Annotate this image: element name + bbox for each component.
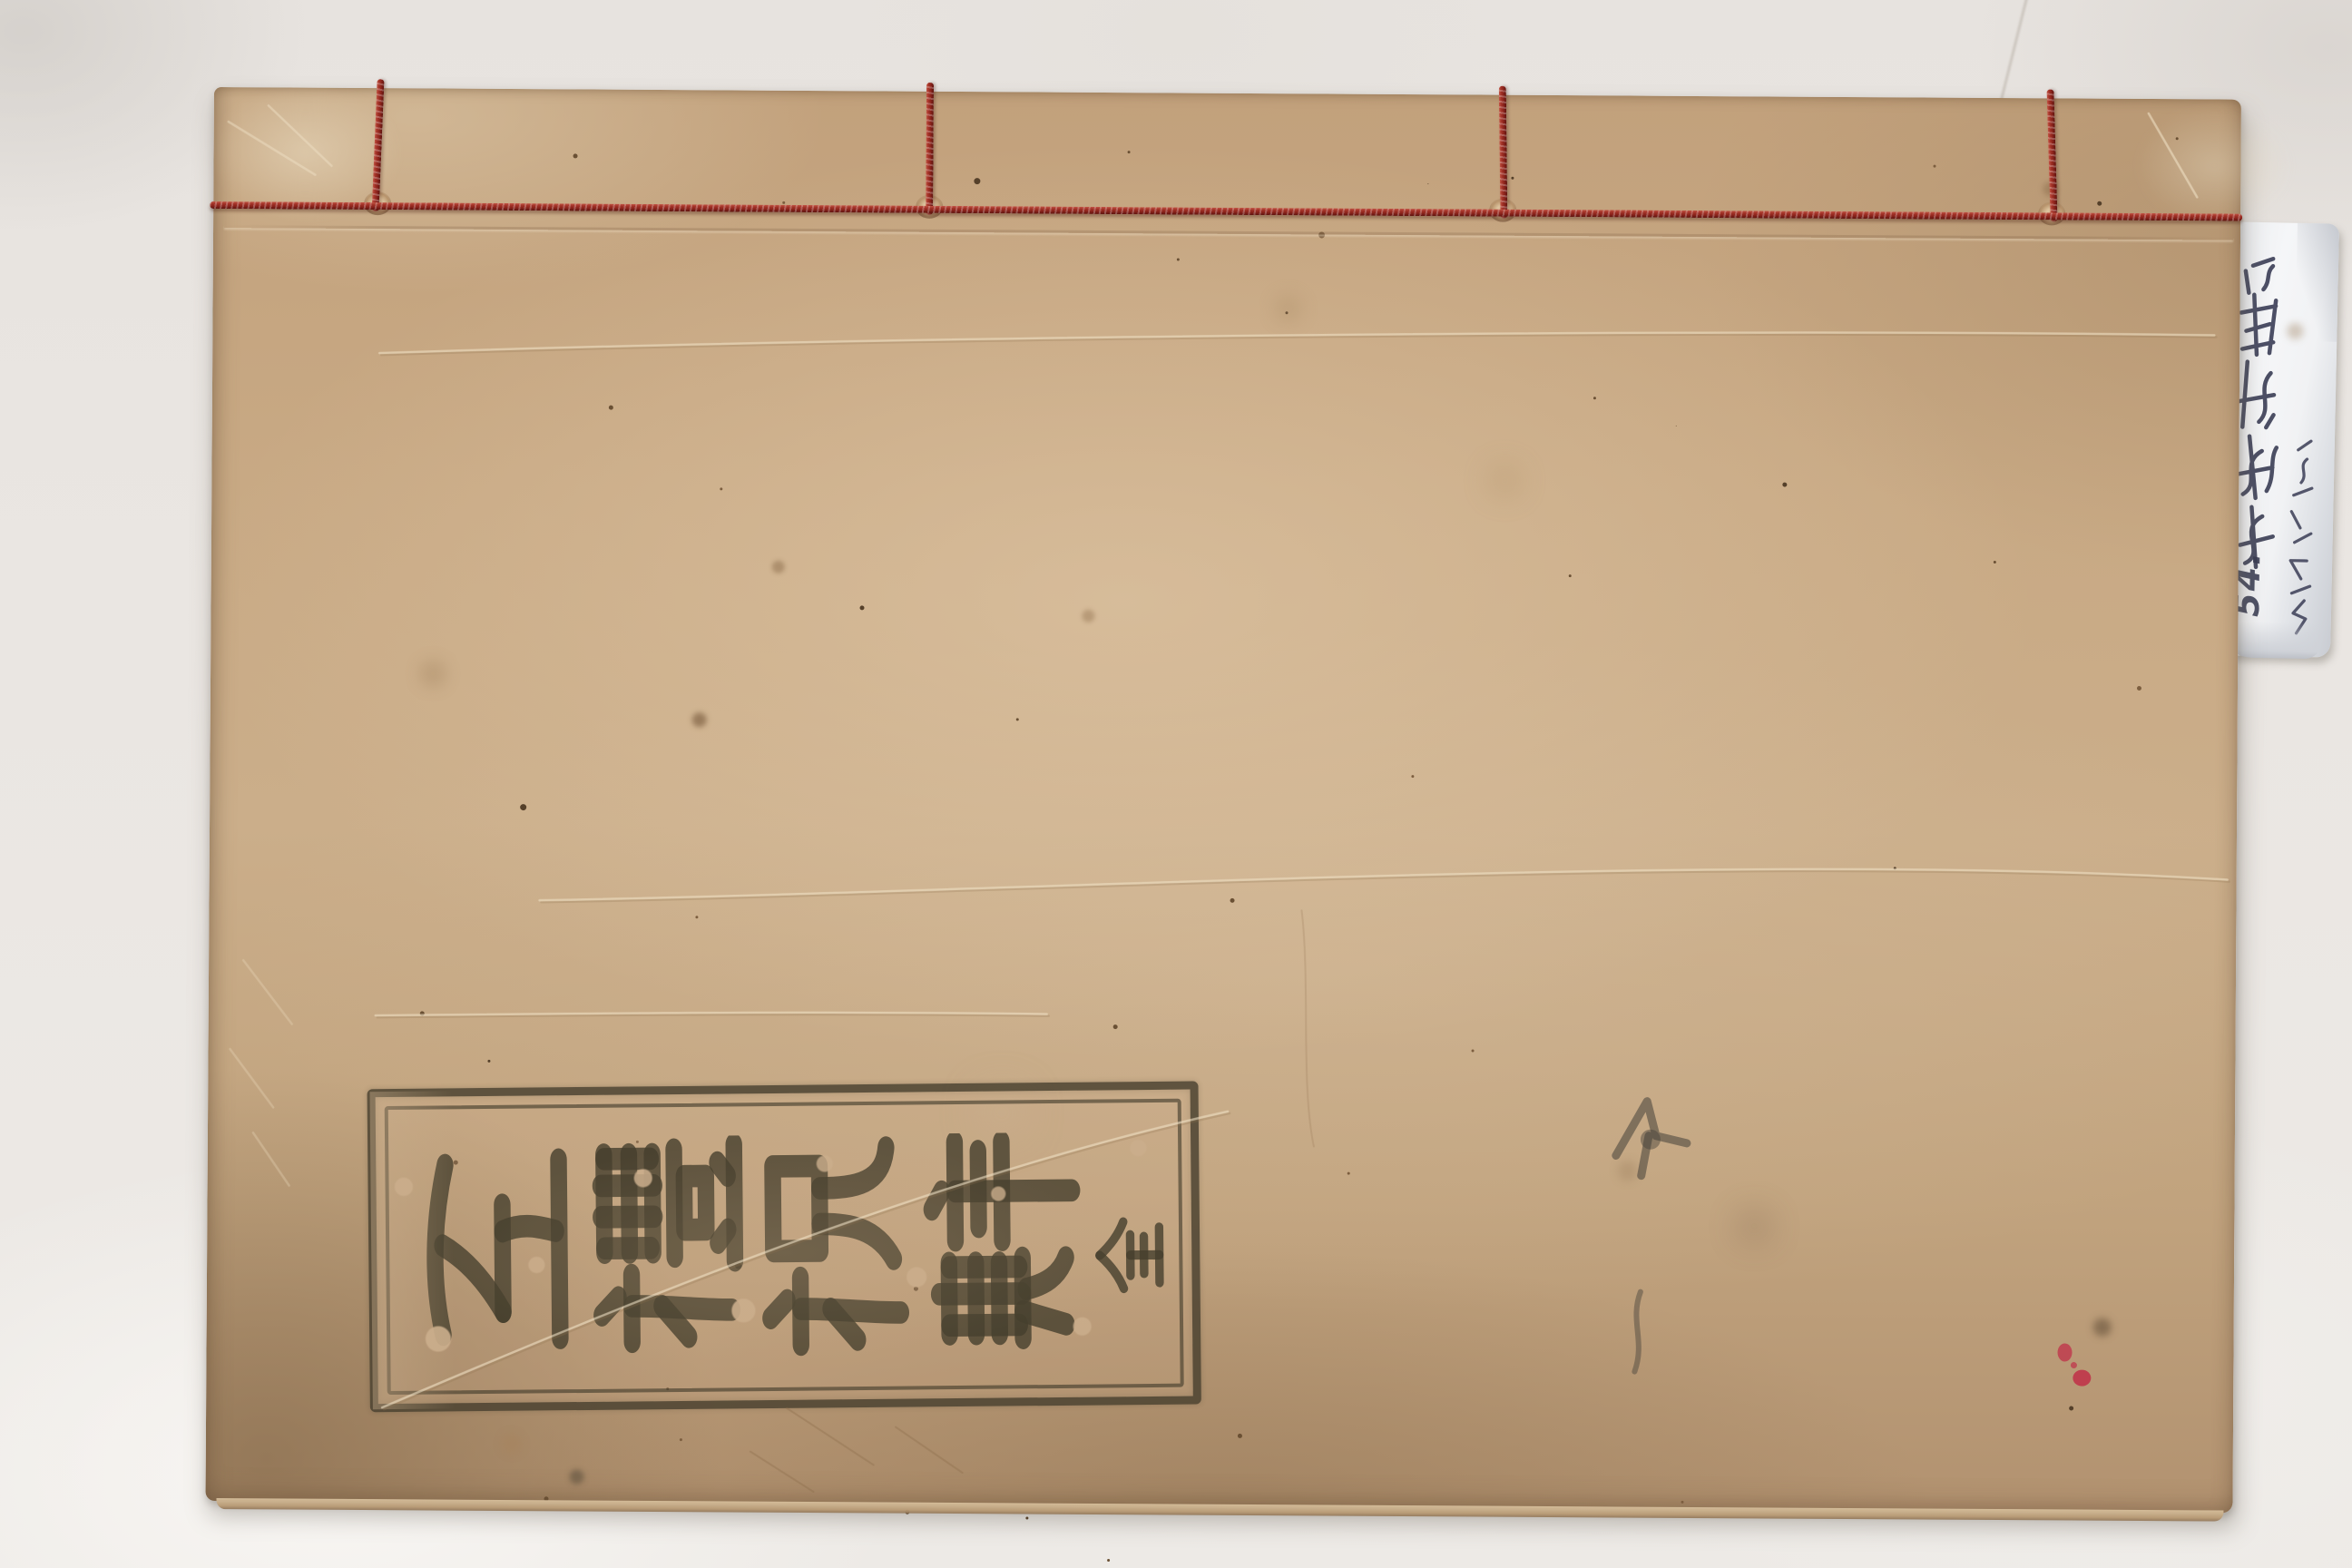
stamp-character-art-3	[751, 1131, 922, 1361]
corner-scuff	[2137, 106, 2292, 225]
binding-thread-horizontal	[210, 201, 2242, 221]
stamp-glyphs	[403, 1113, 1166, 1380]
stamp-character-art-suffix	[1090, 1205, 1181, 1306]
binding-stitch	[1499, 86, 1508, 219]
red-ink-mark	[2052, 1338, 2097, 1396]
backdrop-crease-line	[2000, 0, 2029, 103]
stamp-character-art-2	[583, 1132, 753, 1363]
cover-stains	[214, 87, 223, 96]
title-stamp: 五禮祝辭 全	[367, 1081, 1201, 1412]
photo-scene: 54. 五禮祝辭 낙지 인쇄지 /새	[0, 0, 2352, 1568]
binding-stitch	[926, 83, 934, 215]
stamp-character-art-1	[414, 1134, 584, 1365]
binding-groove	[224, 225, 2233, 240]
stamp-character-art-4	[920, 1130, 1091, 1360]
ink-smudge	[1611, 1284, 1675, 1378]
ink-smudge	[1602, 1084, 1697, 1185]
book-cover: 五禮祝辭 全	[205, 87, 2240, 1514]
